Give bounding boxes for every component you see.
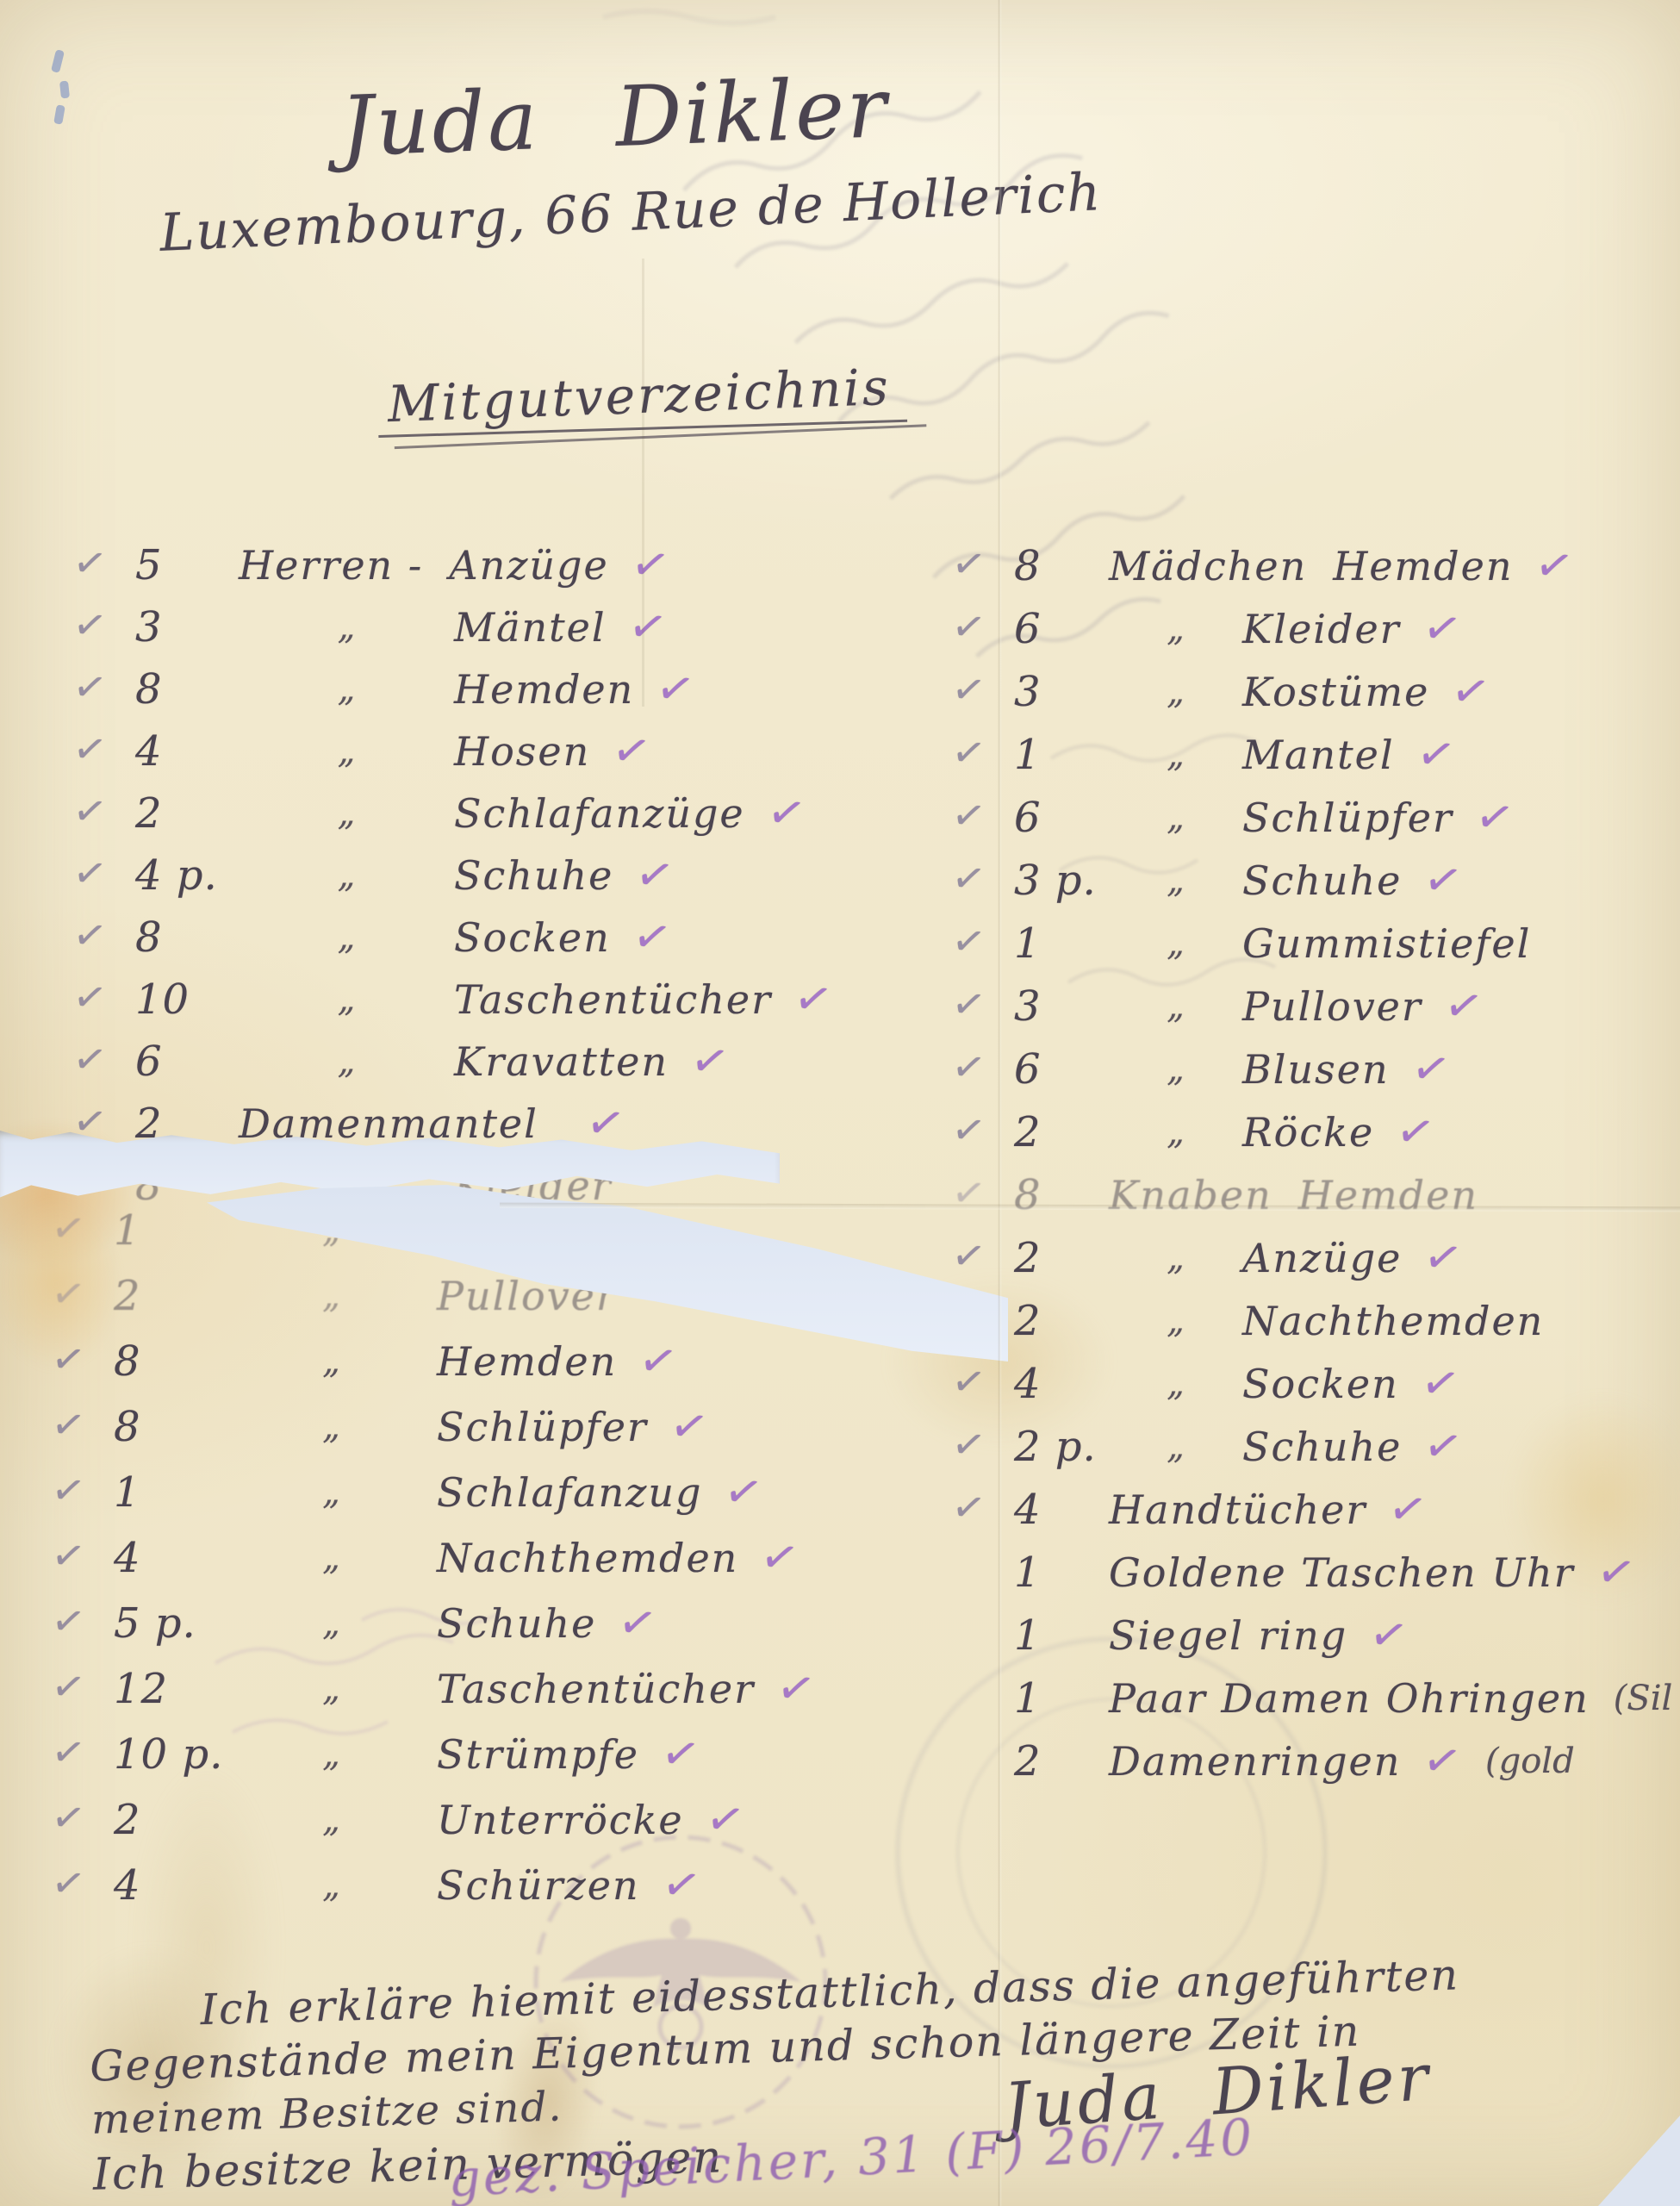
ditto-mark: „ — [1109, 924, 1242, 963]
checkmark-icon: ✓ — [70, 785, 139, 842]
quantity: 8 — [1014, 1171, 1109, 1219]
quantity: 8 — [114, 1403, 226, 1451]
item-label: Hemden — [437, 1338, 617, 1385]
checkmark-icon: ✓ — [949, 726, 1017, 783]
ditto-mark: „ — [226, 1604, 437, 1643]
checkmark-icon: ✓ — [949, 1481, 1017, 1538]
checkmark-icon: ✓ — [624, 598, 671, 657]
checkmark-placeholder — [953, 1692, 1014, 1704]
item-label: Schuhe — [1242, 1424, 1402, 1470]
list-row: ✓4„Socken✓ — [952, 1352, 1680, 1415]
checkmark-icon: ✓ — [949, 601, 1017, 657]
list-row: ✓3„Pullover✓ — [952, 975, 1680, 1038]
page-title: Juda Dikler — [339, 59, 890, 175]
quantity: 3 — [1014, 668, 1109, 716]
quantity: 1 — [1014, 919, 1109, 968]
checkmark-icon: ✓ — [949, 1230, 1017, 1287]
ditto-mark: „ — [226, 1407, 437, 1447]
checkmark-icon: ✓ — [720, 1463, 768, 1522]
checkmark-icon: ✓ — [949, 978, 1017, 1035]
list-row: ✓6„Schlüpfer✓ — [952, 786, 1680, 849]
quantity: 3 — [135, 603, 239, 651]
checkmark-icon: ✓ — [949, 1418, 1017, 1475]
ditto-mark: „ — [226, 1735, 437, 1774]
checkmark-icon: ✓ — [949, 1355, 1017, 1412]
list-row: 1Goldene Taschen Uhr✓ — [952, 1541, 1680, 1604]
list-row: ✓6„Kleider✓ — [952, 597, 1680, 660]
ditto-mark: „ — [1109, 609, 1242, 649]
item-label: Handtücher — [1109, 1486, 1366, 1533]
ditto-mark: „ — [239, 732, 454, 771]
quantity: 6 — [1014, 605, 1109, 653]
list-row: ✓2„Anzüge✓ — [952, 1226, 1680, 1289]
pencil-mark — [59, 81, 70, 99]
checkmark-icon: ✓ — [949, 664, 1017, 720]
quantity: 10 — [135, 975, 239, 1024]
checkmark-icon: ✓ — [48, 1202, 117, 1259]
quantity: 2 — [135, 789, 239, 838]
item-label: Schuhe — [454, 852, 613, 899]
quantity: 6 — [135, 1038, 239, 1086]
item-label: Hemden — [1298, 1172, 1478, 1218]
checkmark-icon: ✓ — [1447, 663, 1495, 721]
ditto-mark: „ — [226, 1538, 437, 1578]
list-row: ✓2„Unterröcke✓ — [52, 1787, 810, 1853]
item-label: Anzüge — [449, 542, 608, 589]
list-row: 1Paar Damen Ohringen(Sil — [952, 1667, 1680, 1729]
checkmark-icon: ✓ — [657, 1856, 705, 1915]
item-label: Schürzen — [437, 1862, 640, 1909]
checkmark-icon: ✓ — [48, 1595, 117, 1652]
category-label: Knaben — [1109, 1172, 1272, 1218]
checkmark-icon: ✓ — [1419, 1732, 1466, 1791]
quantity: 1 — [1014, 1549, 1109, 1597]
list-row: 1Siegel ring✓ — [952, 1604, 1680, 1667]
checkmark-icon: ✓ — [701, 1791, 749, 1849]
quantity: 5 — [135, 541, 239, 589]
list-row: ✓4„Hosen✓ — [73, 720, 823, 782]
checkmark-icon: ✓ — [949, 1104, 1017, 1161]
item-note: (Sil — [1614, 1679, 1673, 1718]
ditto-mark: „ — [239, 856, 454, 895]
checkmark-icon: ✓ — [1384, 1480, 1432, 1539]
quantity: 1 — [114, 1468, 226, 1517]
item-label: Röcke — [1242, 1109, 1374, 1156]
quantity: 4 — [114, 1861, 226, 1910]
list-row: ✓2„Schlafanzüge✓ — [73, 782, 823, 844]
checkmark-icon: ✓ — [656, 1725, 704, 1784]
quantity: 4 p. — [135, 851, 239, 900]
quantity: 1 — [1014, 731, 1109, 779]
checkmark-icon: ✓ — [949, 538, 1017, 595]
checkmark-icon: ✓ — [762, 784, 810, 843]
item-label: Pullover — [1242, 983, 1422, 1030]
ditto-mark: „ — [239, 980, 454, 1019]
ditto-mark: „ — [239, 1042, 454, 1081]
quantity: 5 p. — [114, 1599, 226, 1648]
quantity: 8 — [114, 1337, 226, 1386]
ditto-mark: „ — [226, 1473, 437, 1512]
list-row: ✓5 p.„Schuhe✓ — [52, 1591, 810, 1656]
list-row: ✓12„Taschentücher✓ — [52, 1656, 810, 1722]
checkmark-icon: ✓ — [756, 1529, 804, 1587]
checkmark-icon: ✓ — [70, 599, 139, 656]
ditto-mark: „ — [1109, 798, 1242, 838]
item-label: Hemden — [454, 666, 634, 713]
list-row: ✓8KnabenHemden — [952, 1163, 1680, 1226]
checkmark-icon: ✓ — [48, 1268, 117, 1324]
item-label: Gummistiefel — [1242, 920, 1531, 967]
checkmark-icon: ✓ — [70, 971, 139, 1028]
checkmark-icon: ✓ — [626, 536, 674, 595]
ditto-mark: „ — [239, 670, 454, 709]
item-label: Nachthemden — [437, 1535, 738, 1581]
checkmark-icon: ✓ — [1420, 1418, 1467, 1476]
ditto-mark: „ — [226, 1866, 437, 1905]
checkmark-icon: ✓ — [48, 1792, 117, 1848]
checkmark-placeholder — [953, 1755, 1014, 1767]
list-row: ✓8„Hemden✓ — [73, 658, 823, 720]
list-row: ✓10„Taschentücher✓ — [73, 969, 823, 1031]
quantity: 4 — [1014, 1486, 1109, 1534]
checkmark-placeholder — [953, 1567, 1014, 1578]
list-row: ✓8„Schlüpfer✓ — [52, 1394, 810, 1460]
list-row: ✓3„Kostüme✓ — [952, 660, 1680, 723]
list-row: ✓5Herren -Anzüge✓ — [73, 534, 823, 596]
checkmark-icon: ✓ — [70, 847, 139, 904]
checkmark-icon: ✓ — [70, 1033, 139, 1090]
checkmark-icon: ✓ — [48, 1661, 117, 1717]
quantity: 4 — [135, 727, 239, 776]
item-label: Schlafanzüge — [454, 790, 745, 837]
item-label: Schlafanzug — [437, 1469, 702, 1516]
list-row: ✓4„Schürzen✓ — [52, 1853, 810, 1918]
item-label: Kostüme — [1242, 669, 1429, 715]
inventory-column-left-top: ✓5Herren -Anzüge✓✓3„Mäntel✓✓8„Hemden✓✓4„… — [73, 534, 823, 1217]
list-row: ✓1„Schlafanzug✓ — [52, 1460, 810, 1525]
checkmark-icon: ✓ — [686, 1032, 733, 1091]
ditto-mark: „ — [226, 1342, 437, 1381]
ditto-mark: „ — [226, 1800, 437, 1840]
checkmark-icon: ✓ — [48, 1857, 117, 1914]
quantity: 8 — [135, 665, 239, 714]
checkmark-icon: ✓ — [48, 1726, 117, 1783]
quantity: 1 — [1014, 1611, 1109, 1660]
quantity: 3 — [1014, 982, 1109, 1031]
ditto-mark: „ — [1109, 1364, 1242, 1404]
item-label: Damenringen — [1109, 1738, 1401, 1785]
checkmark-icon: ✓ — [1531, 537, 1578, 595]
checkmark-icon: ✓ — [635, 1332, 682, 1391]
checkmark-icon: ✓ — [70, 537, 139, 594]
item-label: Paar Damen Ohringen — [1109, 1675, 1590, 1722]
checkmark-icon: ✓ — [1412, 726, 1459, 784]
list-row: ✓4„Nachthemden✓ — [52, 1525, 810, 1591]
checkmark-icon: ✓ — [665, 1398, 712, 1456]
quantity: 2 — [114, 1272, 226, 1320]
checkmark-icon: ✓ — [632, 846, 679, 905]
category-label: Mädchen — [1109, 543, 1307, 589]
checkmark-icon: ✓ — [949, 1167, 1017, 1224]
checkmark-icon: ✓ — [1407, 1040, 1454, 1099]
ditto-mark: „ — [1109, 1427, 1242, 1467]
quantity: 2 — [1014, 1108, 1109, 1156]
quantity: 6 — [1014, 1045, 1109, 1094]
item-label: Anzüge — [1242, 1235, 1402, 1281]
inventory-column-right: ✓8MädchenHemden✓✓6„Kleider✓✓3„Kostüme✓✓1… — [952, 534, 1680, 1792]
item-label: Hosen — [454, 728, 590, 775]
checkmark-icon: ✓ — [1420, 1229, 1467, 1287]
item-label: Taschentücher — [454, 976, 772, 1023]
category-label: Herren - — [239, 542, 423, 589]
checkmark-icon: ✓ — [48, 1333, 117, 1390]
list-row: ✓10 p.„Strümpfe✓ — [52, 1722, 810, 1787]
quantity: 2 — [114, 1796, 226, 1844]
quantity: 1 — [114, 1206, 226, 1255]
ditto-mark: „ — [1109, 735, 1242, 775]
quantity: 8 — [1014, 542, 1109, 590]
list-row: ✓6„Blusen✓ — [952, 1038, 1680, 1100]
ditto-mark: „ — [226, 1276, 437, 1316]
checkmark-icon: ✓ — [70, 723, 139, 780]
list-row: ✓1„Gummistiefel — [952, 912, 1680, 975]
checkmark-icon: ✓ — [1391, 1103, 1439, 1162]
quantity: 2 p. — [1014, 1423, 1109, 1471]
item-label: Schuhe — [1242, 857, 1402, 904]
item-label: Mantel — [1242, 732, 1395, 778]
item-label: Goldene Taschen Uhr — [1109, 1549, 1575, 1596]
quantity: 2 — [1014, 1737, 1109, 1785]
quantity: 12 — [114, 1665, 226, 1713]
ditto-mark: „ — [1109, 861, 1242, 900]
item-label: Siegel ring — [1109, 1612, 1347, 1659]
item-label: Mäntel — [454, 604, 607, 651]
item-label: Socken — [1242, 1361, 1399, 1407]
item-label: Unterröcke — [437, 1797, 684, 1843]
ditto-mark: „ — [226, 1669, 437, 1709]
list-row: ✓4Handtücher✓ — [952, 1478, 1680, 1541]
checkmark-icon: ✓ — [614, 1594, 662, 1653]
ditto-mark: „ — [1109, 987, 1242, 1026]
list-row: ✓8„Hemden✓ — [52, 1329, 810, 1394]
list-row: ✓2 p.„Schuhe✓ — [952, 1415, 1680, 1478]
list-row: ✓3„Mäntel✓ — [73, 596, 823, 658]
checkmark-icon: ✓ — [1420, 851, 1467, 910]
item-note: (gold — [1485, 1742, 1575, 1781]
list-row: ✓1„Mantel✓ — [952, 723, 1680, 786]
checkmark-placeholder — [953, 1630, 1014, 1641]
list-row: 2Damenringen✓(gold — [952, 1729, 1680, 1792]
checkmark-icon: ✓ — [70, 909, 139, 966]
scanned-document-page: { "document": { "title": "Juda Dikler", … — [0, 0, 1680, 2206]
checkmark-icon: ✓ — [608, 722, 656, 781]
item-label: Schuhe — [437, 1600, 596, 1647]
list-row: ✓8MädchenHemden✓ — [952, 534, 1680, 597]
checkmark-icon: ✓ — [949, 915, 1017, 972]
item-label: Blusen — [1242, 1046, 1390, 1093]
checkmark-icon: ✓ — [48, 1464, 117, 1521]
list-row: ✓2„Röcke✓ — [952, 1100, 1680, 1163]
checkmark-icon: ✓ — [1440, 977, 1487, 1036]
quantity: 10 p. — [114, 1730, 226, 1779]
ditto-mark: „ — [1109, 1050, 1242, 1089]
ditto-mark: „ — [1109, 1238, 1242, 1278]
ditto-mark: „ — [239, 794, 454, 833]
ditto-mark: „ — [1109, 672, 1242, 712]
item-label: Kleider — [1242, 606, 1401, 652]
checkmark-icon: ✓ — [1365, 1606, 1412, 1665]
item-label: Taschentücher — [437, 1666, 755, 1712]
item-label: Hemden — [1333, 543, 1513, 589]
ditto-mark: „ — [239, 918, 454, 957]
checkmark-icon: ✓ — [949, 852, 1017, 909]
checkmark-icon: ✓ — [1416, 1355, 1464, 1413]
list-row: ✓4 p.„Schuhe✓ — [73, 844, 823, 907]
item-label: Strümpfe — [437, 1731, 639, 1778]
list-row: ✓8„Socken✓ — [73, 907, 823, 969]
quantity: 4 — [1014, 1360, 1109, 1408]
quantity: 2 — [1014, 1234, 1109, 1282]
ditto-mark: „ — [239, 608, 454, 647]
checkmark-icon: ✓ — [48, 1399, 117, 1455]
checkmark-icon: ✓ — [70, 661, 139, 718]
list-row: ✓3 p.„Schuhe✓ — [952, 849, 1680, 912]
checkmark-icon: ✓ — [1418, 600, 1465, 658]
checkmark-icon: ✓ — [48, 1530, 117, 1586]
quantity: 8 — [135, 913, 239, 962]
ditto-mark: „ — [1109, 1301, 1242, 1341]
item-label: Nachthemden — [1242, 1298, 1544, 1344]
checkmark-icon: ✓ — [1592, 1543, 1640, 1602]
quantity: 6 — [1014, 794, 1109, 842]
checkmark-icon: ✓ — [949, 789, 1017, 846]
checkmark-icon: ✓ — [1471, 788, 1518, 847]
item-label: Kravatten — [454, 1038, 669, 1085]
document-scan: Juda Dikler Luxembourg, 66 Rue de Holler… — [0, 0, 1680, 2206]
quantity: 4 — [114, 1534, 226, 1582]
item-label: Schlüpfer — [437, 1404, 648, 1450]
quantity: 1 — [1014, 1674, 1109, 1723]
checkmark-icon: ✓ — [949, 1041, 1017, 1098]
list-row: ✓6„Kravatten✓ — [73, 1031, 823, 1093]
quantity: 2 — [1014, 1297, 1109, 1345]
list-row: ✓2„Nachthemden — [952, 1289, 1680, 1352]
checkmark-icon: ✓ — [628, 908, 675, 967]
ditto-mark: „ — [1109, 1112, 1242, 1152]
item-label: Socken — [454, 914, 611, 961]
checkmark-icon: ✓ — [652, 660, 700, 719]
quantity: 3 p. — [1014, 857, 1109, 905]
item-label: Schlüpfer — [1242, 795, 1453, 841]
